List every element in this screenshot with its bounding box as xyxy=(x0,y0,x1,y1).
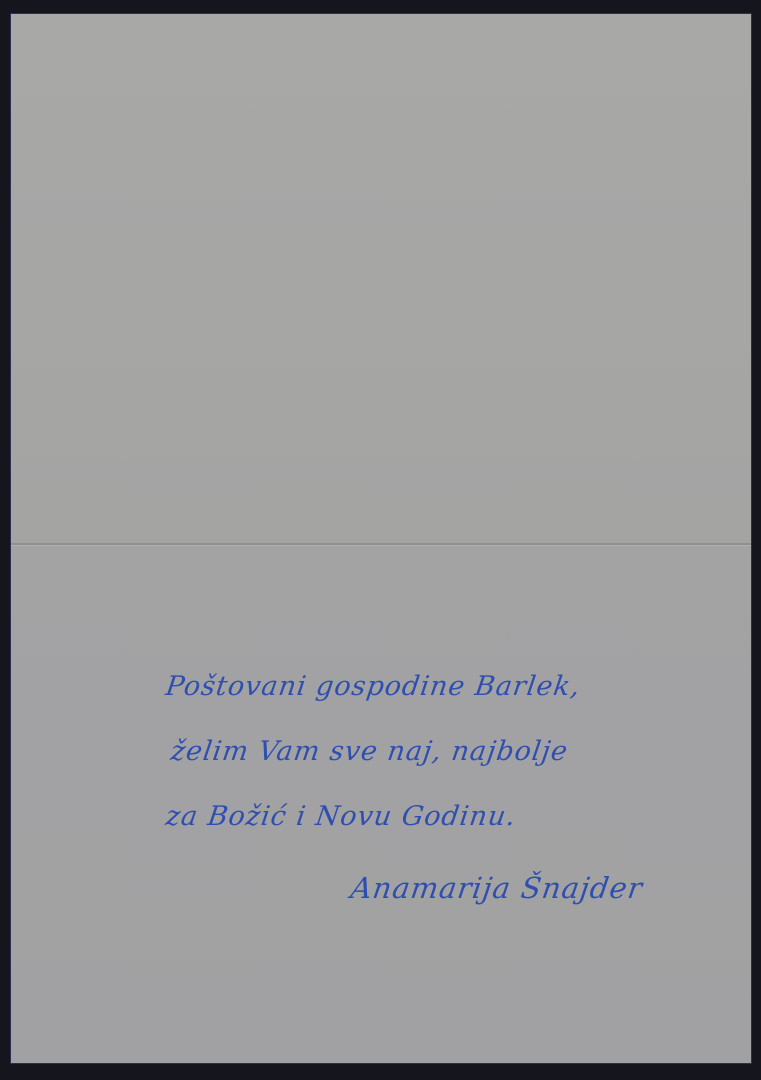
greeting-card: Poštovani gospodine Barlek, želim Vam sv… xyxy=(11,14,751,1063)
message-line-3: za Božić i Novu Godinu. xyxy=(164,801,518,832)
card-bottom-panel: Poštovani gospodine Barlek, želim Vam sv… xyxy=(11,546,751,1063)
card-top-panel-blank xyxy=(11,14,751,543)
message-line-2: želim Vam sve naj, najbolje xyxy=(169,736,570,767)
message-salutation: Poštovani gospodine Barlek, xyxy=(164,671,583,702)
signature: Anamarija Šnajder xyxy=(349,871,646,905)
